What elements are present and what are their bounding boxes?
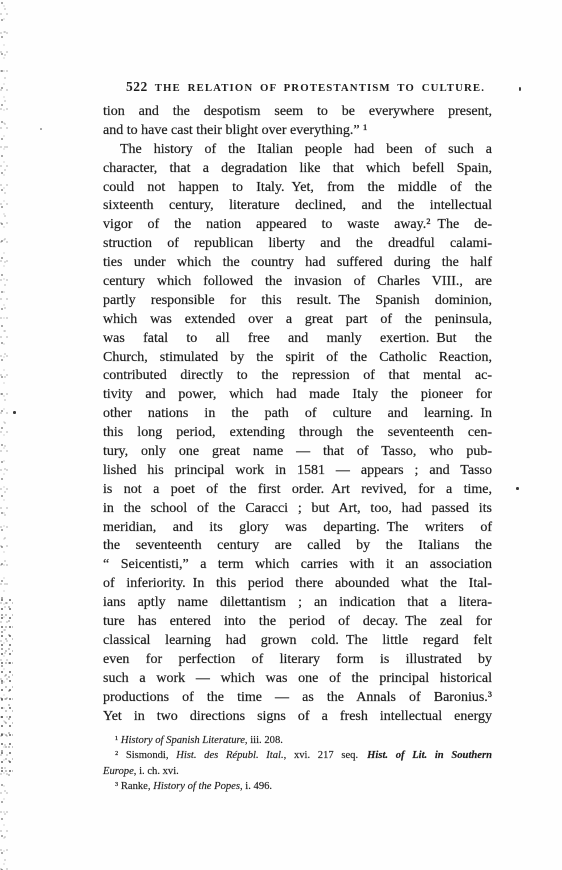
footnote-2-line-1: ² Sismondi, Hist. des Républ. Ital., xvi… <box>103 748 492 763</box>
text-line: sixteenth century, literature declined, … <box>103 197 492 216</box>
text-line: struction of republican liberty and the … <box>103 235 492 254</box>
text-line: “ Seicentisti,” a term which carries wit… <box>103 556 492 575</box>
ink-speck <box>13 411 16 414</box>
text-line: century which followed the invasion of C… <box>103 273 492 292</box>
footnote-marker: ³ Ranke, <box>115 781 153 792</box>
text-line: of inferiority. In this period there abo… <box>103 575 492 594</box>
footnote-3: ³ Ranke, History of the Popes, i. 496. <box>103 779 492 794</box>
text-line: classical learning had grown cold. The l… <box>103 632 492 651</box>
text-line: partly responsible for this result. The … <box>103 292 492 311</box>
text-line: such a work — which was one of the princ… <box>103 670 492 689</box>
text-line: was fatal to all free and manly exertion… <box>103 330 492 349</box>
footnote-title: History of the Popes <box>153 781 240 792</box>
text-line: The history of the Italian people had be… <box>103 141 492 160</box>
page-header: 522 THE RELATION OF PROTESTANTISM TO CUL… <box>103 79 492 95</box>
scan-binding-edge-dense <box>0 598 13 778</box>
text-line: tury, only one great name — that of Tass… <box>103 443 492 462</box>
text-line: the seventeenth century are called by th… <box>103 537 492 556</box>
footnote-title: Europe <box>103 766 134 777</box>
text-line: productions of the time — as the Annals … <box>103 689 492 708</box>
text-line: which was extended over a great part of … <box>103 311 492 330</box>
footnote-title: History of Spanish Literature <box>121 735 245 746</box>
body-text: tion and the despotism seem to be everyw… <box>103 103 492 726</box>
text-line: Yet in two directions signs of a fresh i… <box>103 708 492 727</box>
footnote-2-line-2: Europe, i. ch. xvi. <box>103 764 492 779</box>
text-line: vigor of the nation appeared to waste aw… <box>103 216 492 235</box>
text-line: tivity and power, which had made Italy t… <box>103 386 492 405</box>
ink-speck <box>40 128 42 130</box>
text-line: ians aptly name dilettantism ; an indica… <box>103 594 492 613</box>
ink-speck <box>519 87 521 91</box>
text-line: tion and the despotism seem to be everyw… <box>103 103 492 122</box>
text-line: is not a poet of the first order. Art re… <box>103 481 492 500</box>
footnote-ref: , xvi. 217 seq. <box>284 750 359 761</box>
scanned-book-page: 522 THE RELATION OF PROTESTANTISM TO CUL… <box>0 0 562 870</box>
footnote-title: Hist. of Lit. in Southern <box>367 750 492 761</box>
running-header-title: THE RELATION OF PROTESTANTISM TO CULTURE… <box>148 82 492 94</box>
text-line: in the school of the Caracci ; but Art, … <box>103 500 492 519</box>
text-line: other nations in the path of culture and… <box>103 405 492 424</box>
text-line: ties under which the country had suffere… <box>103 254 492 273</box>
page-number: 522 <box>126 79 148 95</box>
footnote-ref: , i. 496. <box>240 781 272 792</box>
footnote-marker: ² Sismondi, <box>115 750 176 761</box>
text-line: ture has entered into the period of deca… <box>103 613 492 632</box>
text-line: lished his principal work in 1581 — appe… <box>103 462 492 481</box>
footnotes: ¹ History of Spanish Literature, iii. 20… <box>103 733 492 794</box>
text-line: could not happen to Italy. Yet, from the… <box>103 179 492 198</box>
footnote-title: Hist. des Républ. Ital. <box>176 750 283 761</box>
text-line: Church, stimulated by the spirit of the … <box>103 349 492 368</box>
text-line: character, that a degradation like that … <box>103 160 492 179</box>
text-line: meridian, and its glory was departing. T… <box>103 519 492 538</box>
text-line: this long period, extending through the … <box>103 424 492 443</box>
text-line: contributed directly to the repression o… <box>103 367 492 386</box>
ink-speck <box>516 487 519 490</box>
footnote-1: ¹ History of Spanish Literature, iii. 20… <box>103 733 492 748</box>
text-line: even for perfection of literary form is … <box>103 651 492 670</box>
footnote-ref: , iii. 208. <box>245 735 283 746</box>
text-line: and to have cast their blight over every… <box>103 122 492 141</box>
footnote-ref: , i. ch. xvi. <box>134 766 179 777</box>
